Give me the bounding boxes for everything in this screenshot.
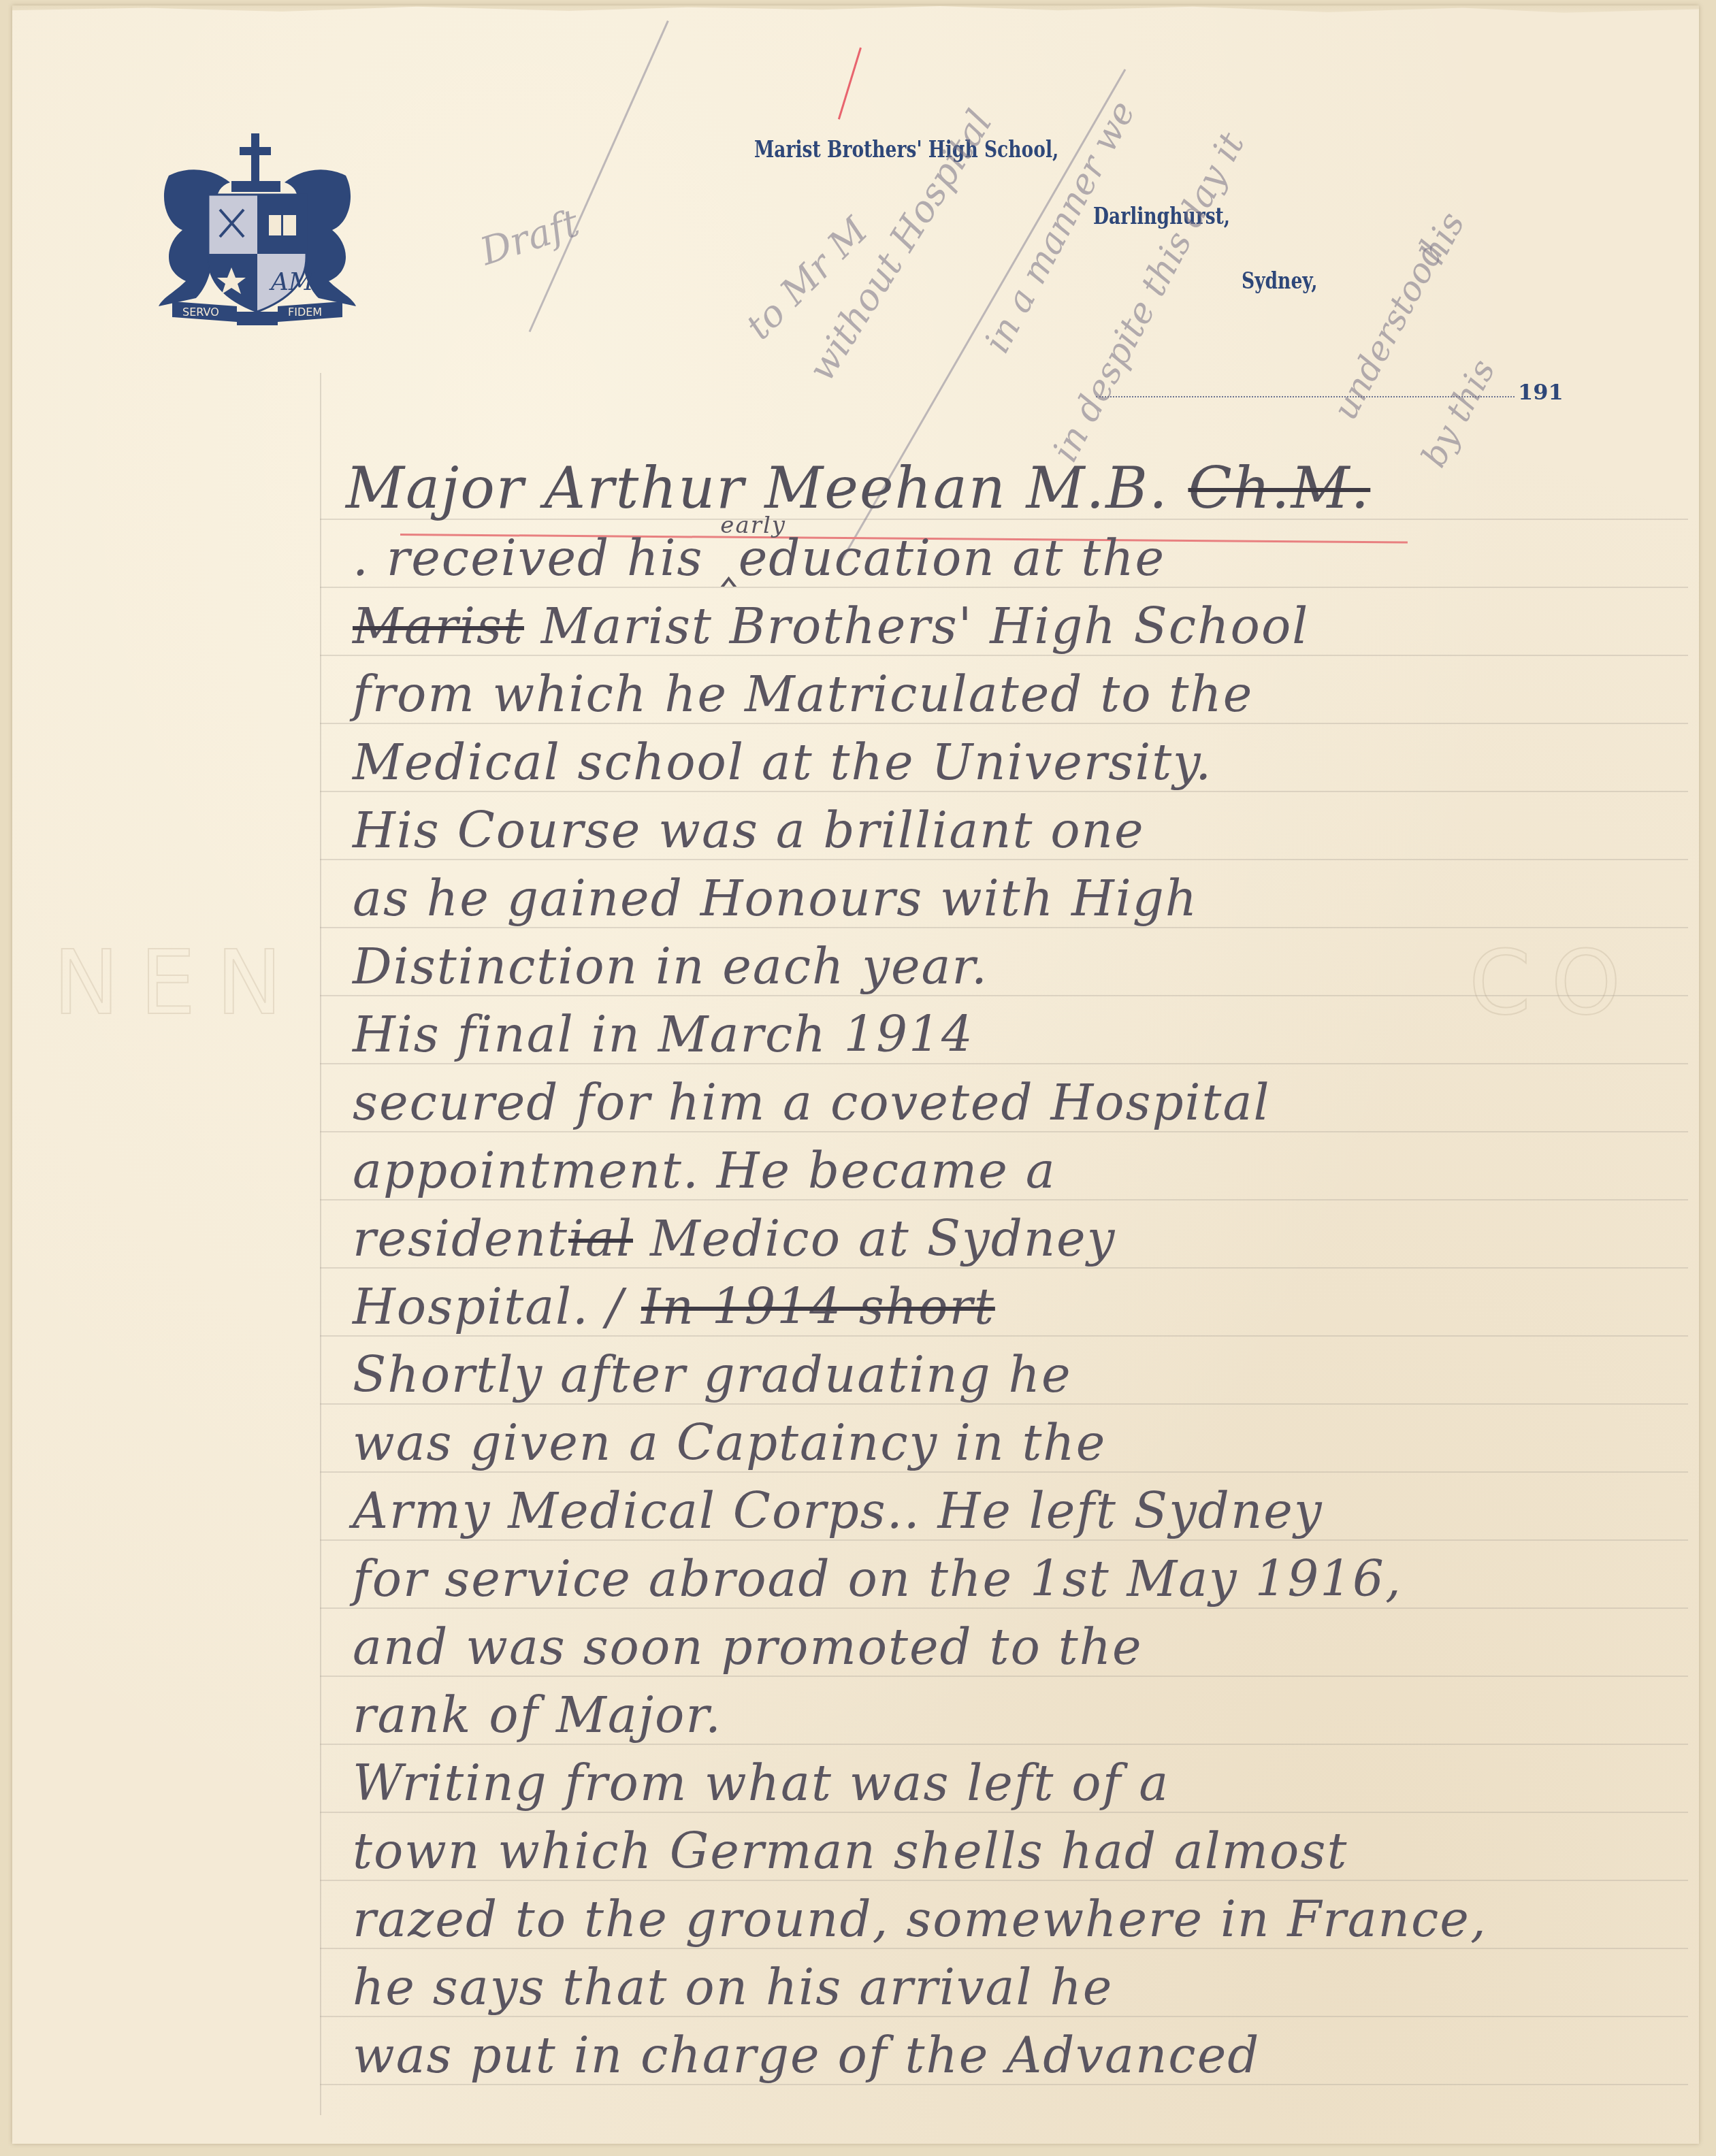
ruled-line xyxy=(320,927,1688,928)
handwritten-line: Shortly after graduating he xyxy=(353,1346,1072,1403)
ruled-line xyxy=(320,1267,1688,1269)
letter-heading: Major Arthur Meehan M.B. Ch.M. xyxy=(346,455,1370,521)
letterhead-school-name: Marist Brothers' High School, xyxy=(754,136,1058,163)
handwritten-line: residential Medico at Sydney xyxy=(353,1210,1116,1267)
line-text: resident xyxy=(353,1210,568,1267)
line-text: was put in charge of the Advanced xyxy=(353,2027,1260,2084)
struck-text: ial xyxy=(568,1210,633,1267)
ruled-line xyxy=(320,1676,1688,1677)
line-text: . received his xyxy=(353,529,720,587)
letter-page: NEN CO AM SERVO FIDEM Marist B xyxy=(12,5,1699,2144)
coat-of-arms-icon: AM SERVO FIDEM xyxy=(155,128,359,325)
struck-text: In 1914 short xyxy=(641,1278,995,1335)
line-text: Writing from what was left of a xyxy=(353,1754,1169,1812)
line-text: Medical school at the University. xyxy=(353,734,1212,791)
date-year-prefix: 191 xyxy=(1518,379,1564,405)
line-text: Shortly after graduating he xyxy=(353,1346,1072,1403)
handwritten-line: Medical school at the University. xyxy=(353,734,1212,791)
handwritten-line: was put in charge of the Advanced xyxy=(353,2027,1260,2084)
handwritten-line: town which German shells had almost xyxy=(353,1823,1348,1880)
struck-text: Marist xyxy=(353,598,524,655)
line-text: His Course was a brilliant one xyxy=(353,802,1145,859)
handwritten-line: . received his early‸education at the xyxy=(353,529,1165,587)
line-text: appointment. He became a xyxy=(353,1142,1056,1199)
ruled-line xyxy=(320,791,1688,792)
handwritten-line: secured for him a coveted Hospital xyxy=(353,1074,1271,1131)
inserted-word: early xyxy=(720,512,786,539)
line-text: for service abroad on the 1st May 1916, xyxy=(353,1550,1402,1607)
ruled-line xyxy=(320,1880,1688,1881)
ruled-line xyxy=(320,995,1688,996)
ruled-line xyxy=(320,1744,1688,1745)
line-text: and was soon promoted to the xyxy=(353,1618,1143,1676)
line-text: Medico at Sydney xyxy=(633,1210,1116,1267)
line-text: from which he Matriculated to the xyxy=(353,666,1253,723)
ruled-line xyxy=(320,1131,1688,1132)
ruled-line xyxy=(320,1471,1688,1473)
ruled-line xyxy=(320,655,1688,656)
handwritten-line: he says that on his arrival he xyxy=(353,1959,1113,2016)
line-text: education at the xyxy=(739,529,1166,587)
line-text: he says that on his arrival he xyxy=(353,1959,1113,2016)
handwritten-line: rank of Major. xyxy=(353,1686,722,1744)
handwritten-line: for service abroad on the 1st May 1916, xyxy=(353,1550,1402,1607)
line-text: Hospital. / xyxy=(353,1278,641,1335)
line-text: secured for him a coveted Hospital xyxy=(353,1074,1271,1131)
ruled-line xyxy=(320,859,1688,860)
handwritten-line: razed to the ground, somewhere in France… xyxy=(353,1891,1487,1948)
line-text: Army Medical Corps.. He left Sydney xyxy=(353,1482,1323,1539)
handwritten-line: Hospital. / In 1914 short xyxy=(353,1278,995,1335)
handwritten-line: as he gained Honours with High xyxy=(353,870,1198,927)
red-pencil-mark xyxy=(838,48,862,120)
line-text: was given a Captaincy in the xyxy=(353,1414,1106,1471)
line-text: town which German shells had almost xyxy=(353,1823,1348,1880)
svg-text:SERVO: SERVO xyxy=(182,306,219,318)
heading-struck-text: Ch.M. xyxy=(1188,455,1370,521)
handwritten-line: appointment. He became a xyxy=(353,1142,1056,1199)
line-text: His final in March 1914 xyxy=(353,1006,974,1063)
handwritten-line: from which he Matriculated to the xyxy=(353,666,1253,723)
handwritten-line: Army Medical Corps.. He left Sydney xyxy=(353,1482,1323,1539)
pencil-note: by this xyxy=(1414,353,1503,474)
line-text: as he gained Honours with High xyxy=(353,870,1198,927)
handwritten-line: His Course was a brilliant one xyxy=(353,802,1145,859)
ruled-line xyxy=(320,1948,1688,1949)
ruled-line xyxy=(320,1403,1688,1405)
margin-line xyxy=(320,373,321,2115)
line-text: Distinction in each year. xyxy=(353,938,988,995)
paper-watermark-right: CO xyxy=(1469,931,1641,1034)
ruled-line xyxy=(320,2084,1688,2085)
torn-top-edge xyxy=(12,5,1699,18)
line-text: rank of Major. xyxy=(353,1686,722,1744)
ruled-line xyxy=(320,1539,1688,1541)
ruled-line xyxy=(320,2016,1688,2017)
letterhead-city: Sydney, xyxy=(1242,267,1317,295)
handwritten-line: Marist Marist Brothers' High School xyxy=(353,598,1309,655)
ruled-line xyxy=(320,1812,1688,1813)
pencil-note: Draft xyxy=(475,201,585,274)
ruled-line xyxy=(320,587,1688,588)
ruled-line xyxy=(320,1199,1688,1200)
ruled-line xyxy=(320,1607,1688,1609)
line-text: Marist Brothers' High School xyxy=(524,598,1309,655)
ruled-line xyxy=(320,1335,1688,1337)
ruled-line xyxy=(320,723,1688,724)
caret-insertion: early‸ xyxy=(720,529,738,587)
pencil-slash-left xyxy=(529,20,669,332)
handwritten-line: Writing from what was left of a xyxy=(353,1754,1169,1812)
handwritten-line: Distinction in each year. xyxy=(353,938,988,995)
svg-text:FIDEM: FIDEM xyxy=(288,306,322,318)
handwritten-line: was given a Captaincy in the xyxy=(353,1414,1106,1471)
paper-watermark: NEN xyxy=(53,931,303,1034)
ruled-line xyxy=(320,1063,1688,1064)
handwritten-line: His final in March 1914 xyxy=(353,1006,974,1063)
handwritten-line: and was soon promoted to the xyxy=(353,1618,1143,1676)
svg-text:AM: AM xyxy=(269,268,314,296)
line-text: razed to the ground, somewhere in France… xyxy=(353,1891,1487,1948)
